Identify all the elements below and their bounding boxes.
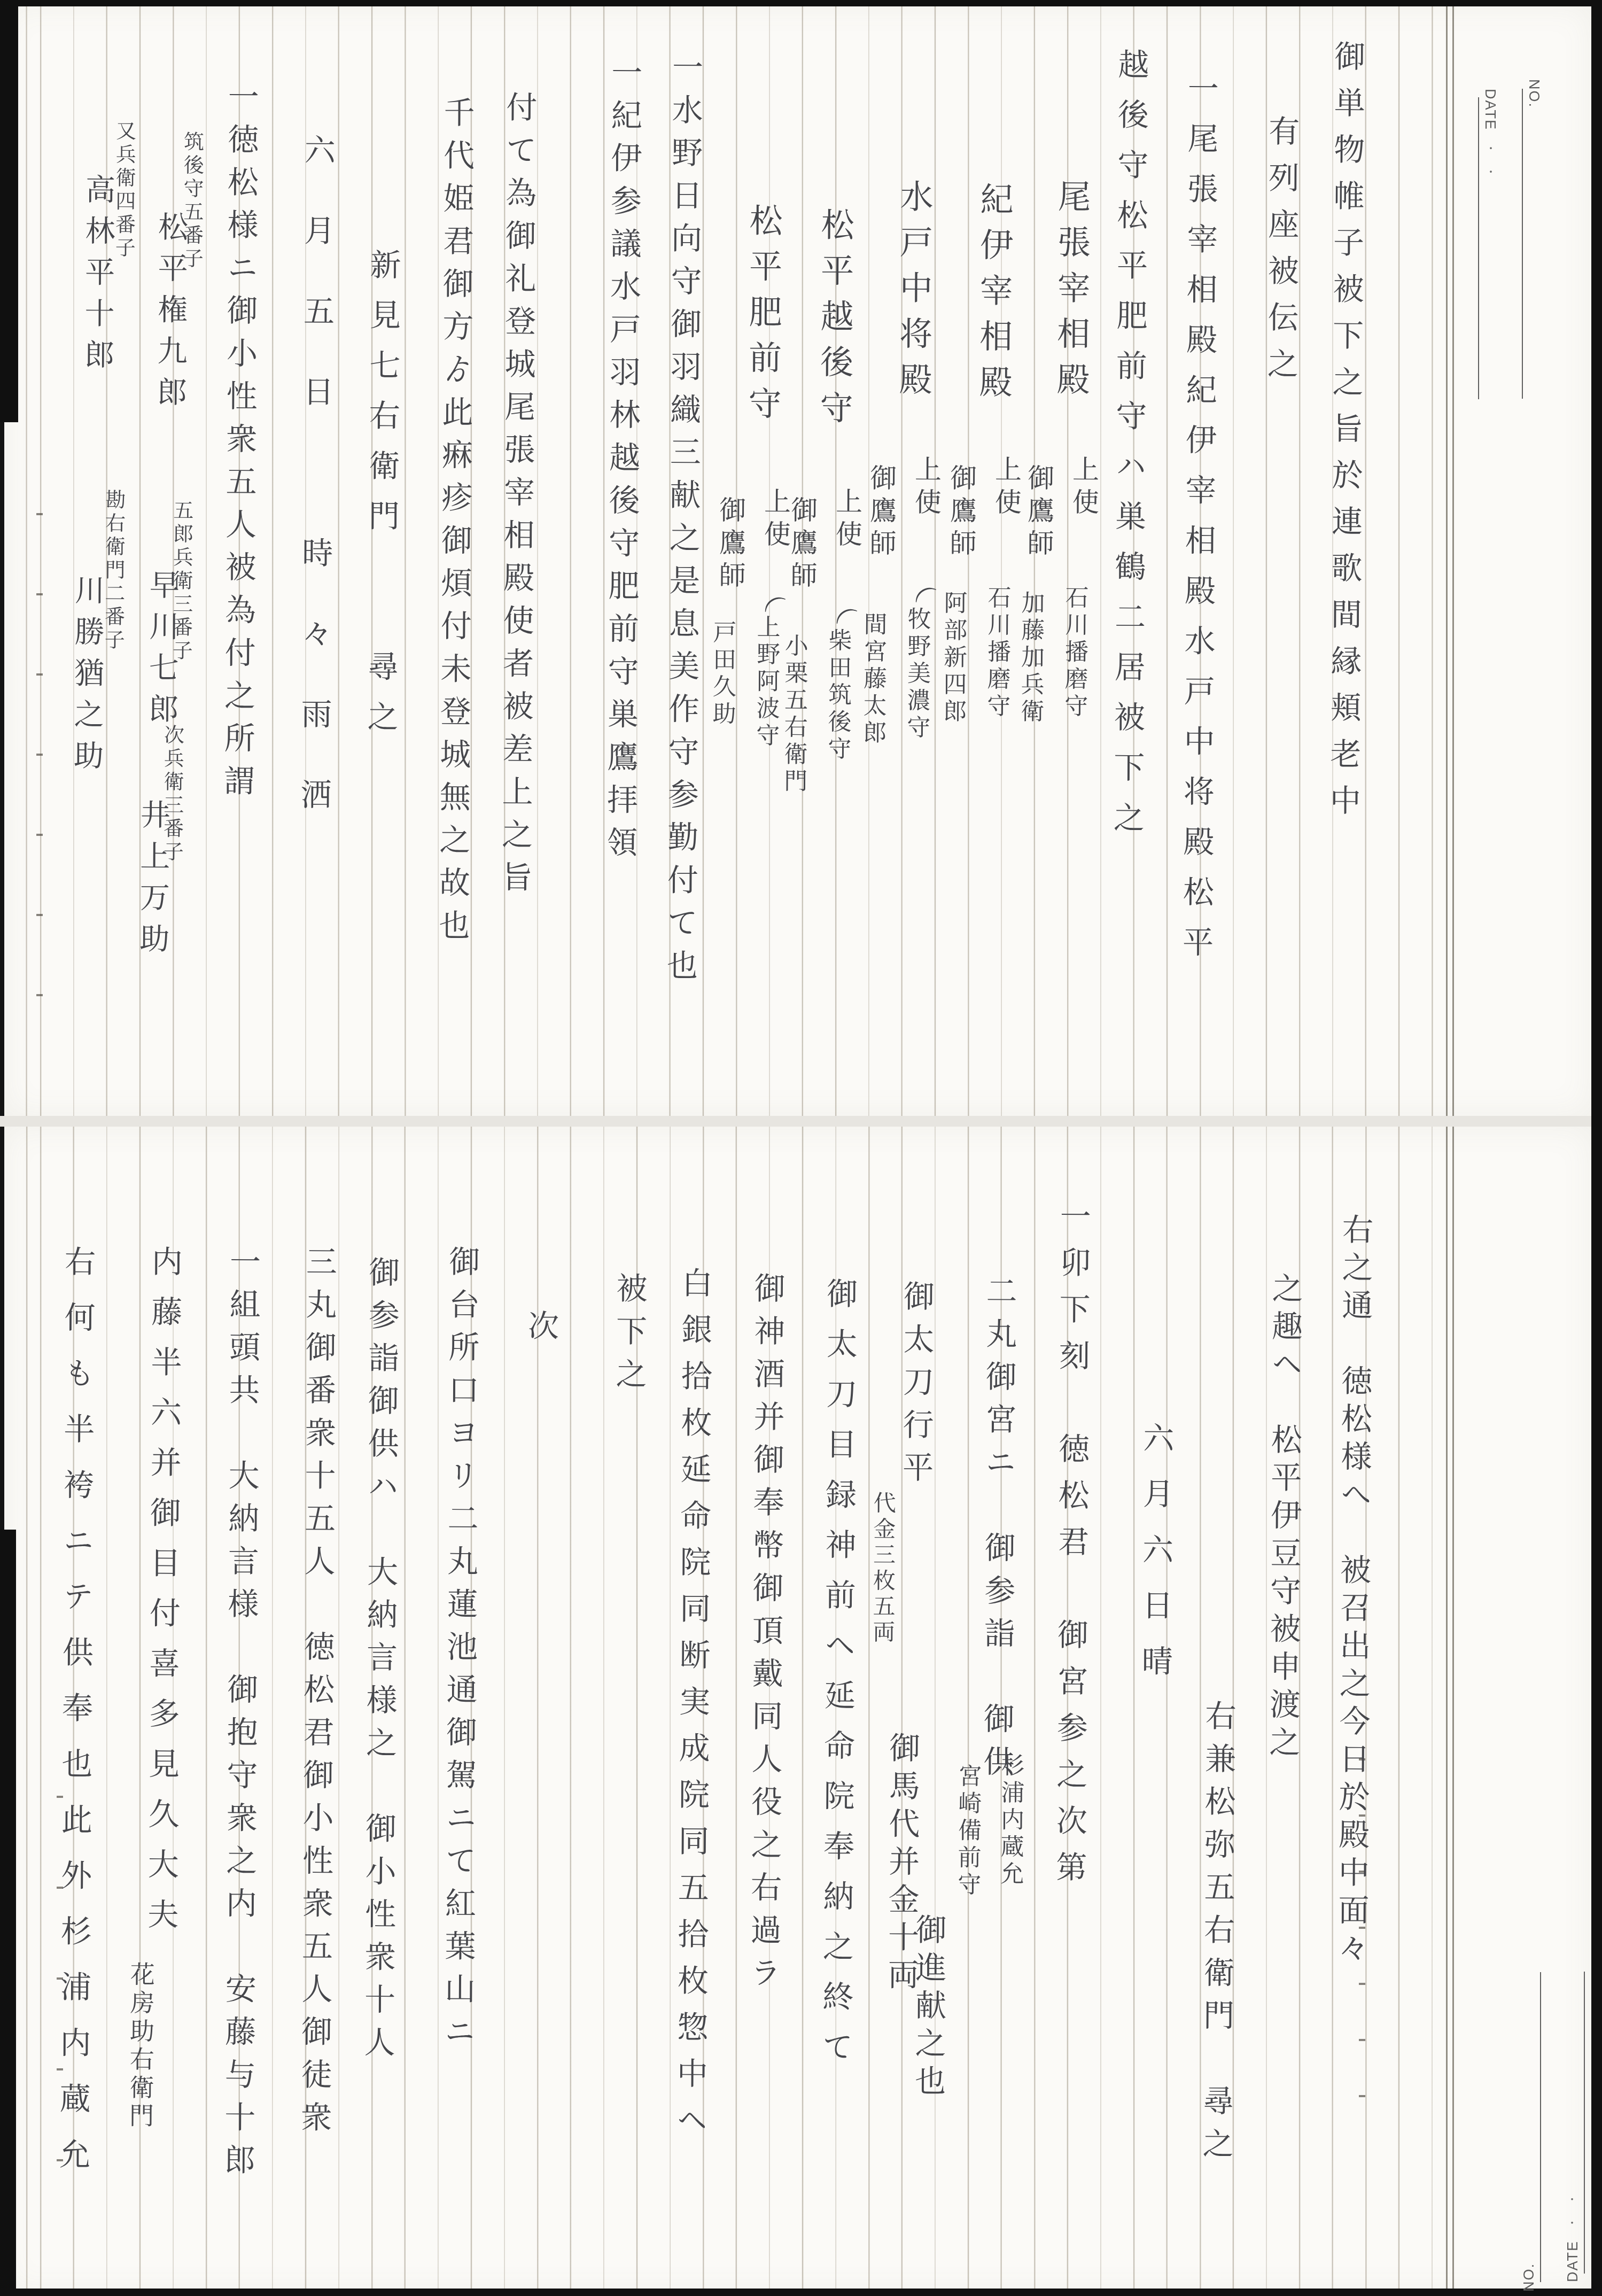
envoy-role: 上使 [828,487,867,553]
date-dot: ・ [1567,2192,1577,2207]
text-column: 御太刀行平 [893,1280,939,1494]
text-column: 一徳松様ニ御小性衆五人被為付之所謂 [214,80,263,808]
no-label: NO. [1526,79,1542,108]
page2-header-rotated: NO. DATE ・ ・ [1465,1913,1599,2293]
text-column: 一水野日向守御羽織三献之是息美作守参勤付て也 [657,51,708,992]
falconer-name: 加藤加兵衛 [1013,591,1048,726]
lord-name: 松平肥前守 [738,203,788,432]
text-column: 付て為御礼登城尾張宰相殿使者被差上之旨 [492,91,541,904]
lord-name: 水戸中将殿 [889,179,938,408]
page-seam [0,1116,1602,1127]
margin-double-line [1446,1127,1448,2293]
text-column: 一紀伊参議水戸羽林越後守肥前守巣鷹拝領 [597,56,647,869]
text-column: 御単物帷子被下之旨於連歌間縁頬老中 [1320,40,1370,831]
text-column: 越後守松平肥前守ハ巣鶴二居被下之 [1103,48,1153,852]
attendant-name: 井上万助 [130,799,174,965]
binding-tick [36,673,43,676]
binding-tick [36,994,43,996]
falconer-name: 阿部新四郎 [935,591,970,726]
text-column: 一組頭共 大納言様 御抱守衆之内 安藤与十郎 [215,1245,266,2186]
text-column: 一尾張宰相殿紀伊宰相殿水戸中将殿松平 [1173,72,1223,976]
date-dot: ・ [1486,140,1496,156]
lord-name: 松平越後守 [810,207,859,436]
attendant-name: 高林平十郎 [75,174,119,381]
binding-tick [36,754,43,756]
envoy-name: 石川播磨守 [1056,585,1092,720]
binding-tick [36,834,43,836]
margin-double-line [1452,5,1454,1116]
text-column: 御進献之也 [905,1913,951,2103]
binding-tick [1359,2039,1365,2041]
text-column: 一卯下刻 徳松君 御宮参之次第 [1046,1200,1095,1897]
margin-double-line [1452,1127,1454,2293]
margin-double-line [1446,5,1448,1116]
scan-edge-left-upper [0,0,18,422]
text-column: 右何も半袴ニテ供奉也此外杉浦内蔵允 [50,1245,100,2194]
envoy-name: 石川播磨守 [979,585,1014,720]
scan-edge-top [0,0,1602,6]
text-column: 御太刀目録神前ヘ延命院奉納之終て [812,1277,862,2081]
text-column: 千代姫君御方ゟ此痳疹御煩付未登城無之故也 [429,96,479,952]
text-column: 御台所口ヨリ二丸蓮池通御駕ニて紅葉山ニ [434,1245,484,2058]
attendant-name: 花房助右衛門 [122,1961,159,2131]
date-heading: 六月六日晴 [1132,1422,1178,1701]
date-line [1478,97,1479,399]
date-heading: 六月五日 時々雨洒 [291,134,340,859]
shrine-attendant-name: 杉浦内蔵允 [992,1753,1028,1888]
scanned-notebook: NO. DATE ・ ・ NO. DATE ・ ・ 御単物帷子被下之旨於連歌間縁… [0,0,1602,2296]
text-column: 御神酒并御奉幣御頂戴同人役之右過ラ [741,1272,790,1999]
envoy-name: 柴田筑後守 [820,628,855,763]
text-column: 三丸御番衆十五人 徳松君御小性衆五人御徒衆 [291,1245,341,2144]
text-column: 被下之 [606,1272,651,1401]
text-column: 二丸御宮ニ 御参詣 御供 [974,1275,1022,1788]
envoy-role: 上使 [1064,455,1103,521]
shrine-attendant-name: 宮崎備前守 [950,1764,985,1899]
binding-tick [36,914,43,916]
scan-edge-bottom [0,2289,1602,2296]
lord-name: 尾張宰相殿 [1047,179,1096,408]
price-annotation: 代金三枚五両 [866,1491,899,1646]
text-column: 内藤半六并御目付喜多見久大夫 [138,1245,187,1949]
scan-edge-left-lower [0,1530,16,2296]
falconer-role: 御鷹師 [711,496,750,594]
date-label: DATE [1565,2240,1581,2282]
text-column: 有列座被伝之 [1257,115,1304,394]
envoy-name: 牧野美濃守 [899,607,934,742]
binding-tick [1359,1983,1365,1985]
envoy-role: 上使 [987,455,1026,521]
attendant-name: 松平権九郎 [148,211,192,418]
binding-tick [1359,2095,1365,2097]
falconer-role: 御鷹師 [861,464,900,562]
envoy-name: 上野阿波守 [748,615,783,750]
falconer-name: 戸田久助 [704,620,739,728]
falconer-role: 御鷹師 [942,464,981,562]
date-dot: ・ [1567,2215,1577,2231]
date-dot: ・ [1486,164,1496,179]
text-column: 之趣ヘ 松平伊豆守被申渡之 [1259,1272,1308,1764]
text-column: 右兼松弥五右衛門 尋之 [1193,1700,1240,2170]
binding-tick [36,513,43,515]
no-line [1540,1972,1541,2282]
attendant-name: 早川七郎 [139,569,183,735]
text-column: 御参詣御供ハ 大納言様之 御小性衆十人 [354,1256,404,2069]
no-label: NO. [1521,2263,1537,2292]
text-column: 右之通 徳松様へ 被召出之今日於殿中面々 [1328,1213,1378,1970]
date-label: DATE [1482,89,1498,130]
falconer-name: 間宮藤太郎 [855,612,890,747]
text-column: 白銀拾枚延命院同断実成院同五拾枚惣中ヘ [667,1267,717,2150]
envoy-role: 上使 [756,487,795,553]
envoy-role: 上使 [907,455,946,521]
date-line [1584,1972,1585,2274]
lord-name: 紀伊宰相殿 [969,182,1018,410]
attendant-name: 川勝猶之助 [65,575,108,781]
text-column: 新見七右衛門 尋之 [357,249,406,751]
binding-tick [36,593,43,595]
no-line [1522,89,1523,399]
text-column: 次 [518,1309,563,1353]
